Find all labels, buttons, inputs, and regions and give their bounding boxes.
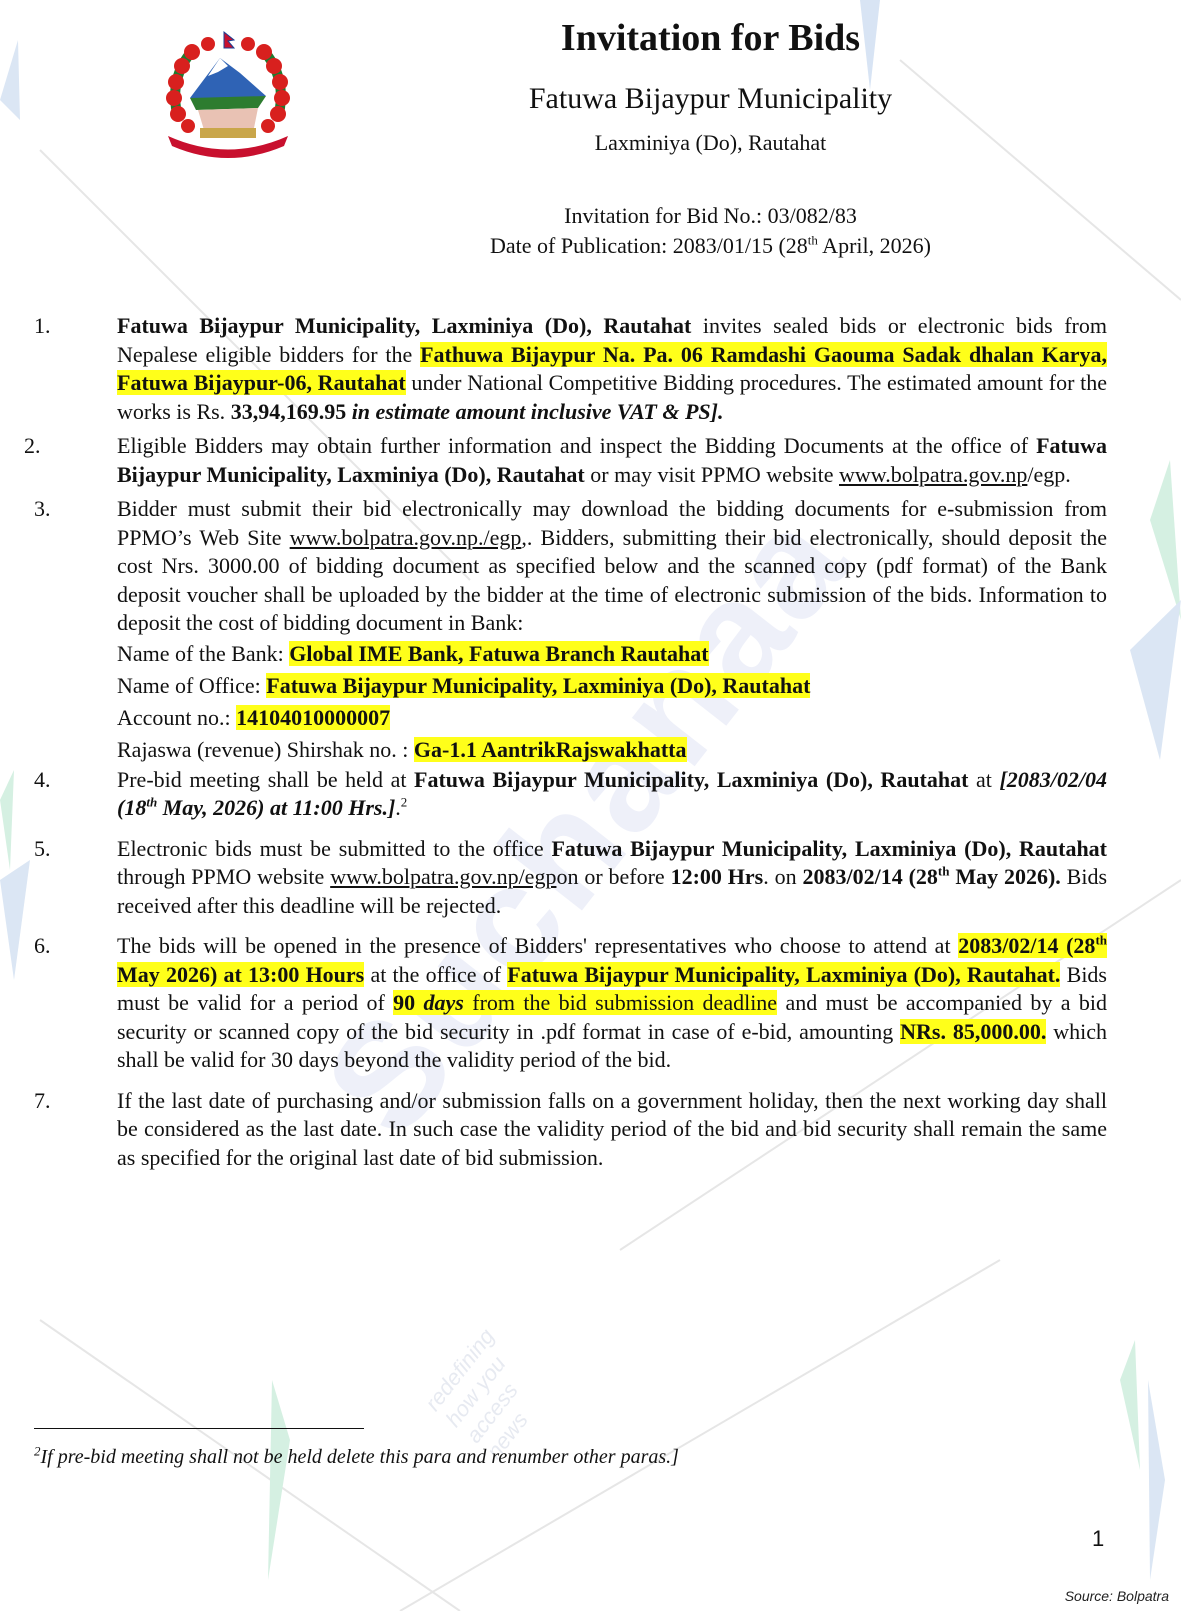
page-title: Invitation for Bids [120, 16, 1181, 60]
clause-text: Electronic bids must be submitted to the… [117, 835, 1107, 921]
opening-date: 2083/02/14 (28 [958, 933, 1095, 958]
office-name: Fatuwa Bijaypur Municipality, Laxminiya … [266, 673, 810, 698]
clause-text: Bidder must submit their bid electronica… [117, 495, 1107, 638]
revenue-head: Ga-1.1 AantrikRajswakhatta [414, 737, 687, 762]
opening-date: May 2026) at 13:00 Hours [117, 962, 364, 987]
bolpatra-link[interactable]: www.bolpatra.gov.np./egp [290, 525, 522, 550]
submission-date: May 2026). [949, 864, 1060, 889]
bank-name: Global IME Bank, Fatuwa Branch Rautahat [289, 641, 708, 666]
text: Eligible Bidders may obtain further info… [117, 433, 1036, 458]
municipality-address: Laxminiya (Do), Rautahat [120, 130, 1181, 156]
footnote-marker: 2 [401, 795, 408, 810]
submission-date: 2083/02/14 (28 [802, 864, 937, 889]
clause-number: 3. [34, 495, 51, 524]
clause-7: 7. If the last date of purchasing and/or… [0, 1087, 1181, 1173]
municipality-name: Fatuwa Bijaypur Municipality [120, 82, 1181, 116]
account-number-line: Account no.: 14104010000007 [117, 702, 1181, 734]
text: at [968, 767, 999, 792]
clause-number: 4. [34, 766, 51, 795]
footnote-text: If pre-bid meeting shall not be held del… [41, 1446, 679, 1468]
clause-number: 6. [34, 932, 51, 961]
label: Name of the Bank: [117, 641, 289, 666]
validity-text: from the bid submission deadline [464, 990, 777, 1015]
clause-number: 1. [34, 312, 51, 341]
bolpatra-link[interactable]: www.bolpatra.gov.np [839, 462, 1027, 487]
bid-security-amount: NRs. 85,000.00. [900, 1019, 1046, 1044]
validity-days: 90 [393, 990, 423, 1015]
clause-2: 2. Eligible Bidders may obtain further i… [0, 432, 1181, 489]
ordinal-sup: th [146, 795, 157, 810]
text: through PPMO website [117, 864, 330, 889]
text: Electronic bids must be submitted to the… [117, 836, 551, 861]
clause-text: Eligible Bidders may obtain further info… [117, 432, 1107, 489]
label: Name of Office: [117, 673, 266, 698]
clause-number: 2. [24, 432, 41, 461]
clause-5: 5. Electronic bids must be submitted to … [0, 835, 1181, 921]
clause-3: 3. Bidder must submit their bid electron… [0, 495, 1181, 766]
page-number: 1 [1092, 1526, 1104, 1552]
clause-number: 5. [34, 835, 51, 864]
bank-name-line: Name of the Bank: Global IME Bank, Fatuw… [117, 638, 1181, 670]
footnote-divider [34, 1428, 364, 1429]
text: at the office of [364, 962, 507, 987]
clause-1: 1. Fatuwa Bijaypur Municipality, Laxmini… [0, 312, 1181, 426]
clause-text: If the last date of purchasing and/or su… [117, 1087, 1107, 1173]
clause-6: 6. The bids will be opened in the presen… [0, 932, 1181, 1075]
label: Account no.: [117, 705, 236, 730]
publication-date: Date of Publication: 2083/01/15 (28th Ap… [120, 233, 1181, 259]
bid-clauses: 1. Fatuwa Bijaypur Municipality, Laxmini… [0, 312, 1181, 1172]
clause-text: Fatuwa Bijaypur Municipality, Laxminiya … [117, 312, 1107, 426]
estimated-amount: 33,94,169.95 [231, 399, 347, 424]
ordinal-sup: th [808, 233, 818, 248]
organization-name: Fatuwa Bijaypur Municipality, Laxminiya … [551, 836, 1107, 861]
clause-number: 7. [34, 1087, 51, 1116]
revenue-head-line: Rajaswa (revenue) Shirshak no. : Ga-1.1 … [117, 734, 1181, 766]
submission-time: 12:00 Hrs [671, 864, 764, 889]
clause-text: The bids will be opened in the presence … [117, 932, 1107, 1075]
organization-name: Fatuwa Bijaypur Municipality, Laxminiya … [414, 767, 968, 792]
ordinal-sup: th [1095, 933, 1107, 948]
label: Rajaswa (revenue) Shirshak no. : [117, 737, 414, 762]
text: on or before [556, 864, 670, 889]
bolpatra-link[interactable]: www.bolpatra.gov.np/egp [330, 864, 556, 889]
publication-date-text: April, 2026) [818, 233, 931, 258]
watermark-tagline: redefining how you access news [420, 1324, 561, 1464]
text: /egp. [1027, 462, 1070, 487]
office-name-line: Name of Office: Fatuwa Bijaypur Municipa… [117, 670, 1181, 702]
publication-date-text: Date of Publication: 2083/01/15 (28 [490, 233, 808, 258]
account-number: 14104010000007 [236, 705, 390, 730]
amount-note: in estimate amount inclusive VAT & PS]. [346, 399, 723, 424]
text: The bids will be opened in the presence … [117, 933, 958, 958]
text: . on [763, 864, 802, 889]
source-credit: Source: Bolpatra [1065, 1588, 1169, 1604]
text: or may visit PPMO website [585, 462, 839, 487]
validity-days-unit: days [424, 990, 464, 1015]
organization-name: Fatuwa Bijaypur Municipality, Laxminiya … [507, 962, 1060, 987]
footnote: 2If pre-bid meeting shall not be held de… [34, 1446, 679, 1469]
clause-4: 4. Pre-bid meeting shall be held at Fatu… [0, 766, 1181, 823]
prebid-date: May, 2026) at 11:00 Hrs.] [157, 795, 395, 820]
bid-number: Invitation for Bid No.: 03/082/83 [120, 203, 1181, 229]
organization-name: Fatuwa Bijaypur Municipality, Laxminiya … [117, 313, 691, 338]
ordinal-sup: th [938, 864, 950, 879]
clause-text: Pre-bid meeting shall be held at Fatuwa … [117, 766, 1107, 823]
text: Pre-bid meeting shall be held at [117, 767, 414, 792]
